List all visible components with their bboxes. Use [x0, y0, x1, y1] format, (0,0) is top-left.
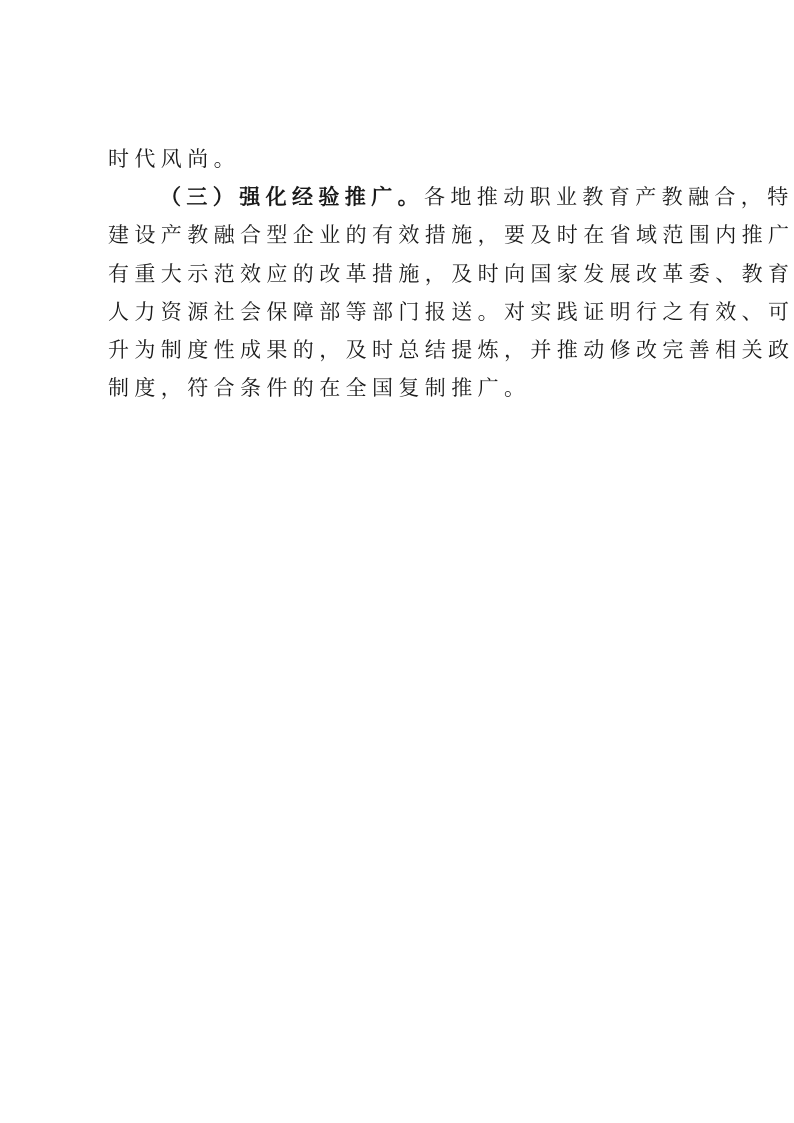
- document-page: 时代风尚。 （三）强化经验推广。各地推动职业教育产教融合，特别是 建设产教融合型…: [0, 0, 794, 1123]
- paragraph-line: 建设产教融合型企业的有效措施，要及时在省域范围内推广。具: [108, 216, 688, 254]
- body-text: 时代风尚。 （三）强化经验推广。各地推动职业教育产教融合，特别是 建设产教融合型…: [108, 140, 688, 407]
- paragraph-line: 有重大示范效应的改革措施，及时向国家发展改革委、教育部、: [108, 255, 688, 293]
- section-heading-line: （三）强化经验推广。各地推动职业教育产教融合，特别是: [108, 178, 688, 216]
- paragraph-text: 各地推动职业教育产教融合，特别是: [424, 185, 794, 209]
- paragraph-line: 制度，符合条件的在全国复制推广。: [108, 369, 688, 407]
- section-heading: （三）强化经验推广。: [160, 185, 424, 209]
- paragraph-line: 升为制度性成果的，及时总结提炼，并推动修改完善相关政策和: [108, 331, 688, 369]
- paragraph-line: 人力资源社会保障部等部门报送。对实践证明行之有效、可以上: [108, 293, 688, 331]
- paragraph-continuation-line: 时代风尚。: [108, 140, 688, 178]
